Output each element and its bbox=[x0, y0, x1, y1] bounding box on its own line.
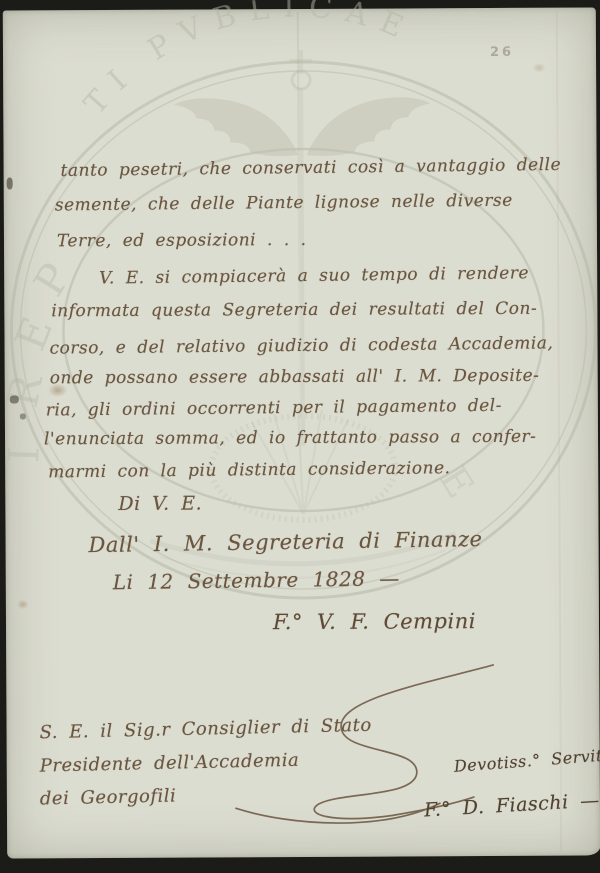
letter-line: V. E. si compiacerà a suo tempo di rende… bbox=[99, 263, 529, 288]
address-line: dei Georgofili bbox=[40, 785, 177, 809]
ink-blot bbox=[7, 178, 13, 190]
svg-text:P: P bbox=[24, 255, 81, 305]
right-margin-crease bbox=[556, 11, 562, 851]
foxing-spot bbox=[532, 63, 546, 73]
letter-line: semente, che delle Piante lignose nelle … bbox=[55, 191, 513, 216]
letter-line: tanto pesetri, che conservati così a van… bbox=[60, 155, 561, 181]
page-content-layer: TI PVBLICAE P E R I E bbox=[0, 0, 600, 873]
foxing-spot bbox=[17, 599, 29, 609]
seal-outer-rim bbox=[10, 60, 597, 599]
ink-blot bbox=[20, 413, 26, 419]
svg-text:R: R bbox=[0, 369, 52, 411]
seal-outer-rim-inner-line bbox=[19, 70, 588, 591]
letter-line: l'enunciata somma, ed io frattanto passo… bbox=[44, 427, 536, 450]
letter-line: onde possano essere abbassati all' I. M.… bbox=[50, 366, 540, 389]
office-line: Dall' I. M. Segreteria di Finanze bbox=[88, 527, 482, 557]
letter-line: marmi con la più distinta considerazione… bbox=[48, 458, 451, 482]
seal-arc-text: TI PVBLICAE bbox=[77, 0, 421, 122]
letter-line: Terre, ed esposizioni . . . bbox=[57, 230, 307, 251]
letter-line: corso, e del relativo giudizio di codest… bbox=[49, 333, 553, 358]
valediction: Di V. E. bbox=[118, 493, 202, 515]
scanned-letter-page: TI PVBLICAE P E R I E bbox=[0, 0, 600, 873]
date-line: Li 12 Settembre 1828 — bbox=[113, 566, 400, 594]
letter-line: informata questa Segreteria dei resultat… bbox=[51, 299, 537, 322]
svg-text:I: I bbox=[0, 446, 49, 464]
page-number-stamp: 26 bbox=[490, 45, 514, 60]
letter-line: ria, gli ordini occorrenti per il pagame… bbox=[46, 396, 502, 421]
signature-cempini: F.° V. F. Cempini bbox=[273, 609, 476, 634]
ink-blot bbox=[10, 395, 19, 403]
